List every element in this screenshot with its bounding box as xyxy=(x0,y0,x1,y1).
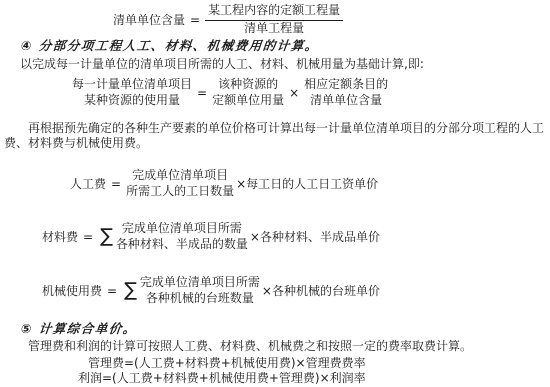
resource-usage-rhs-line2: 清单单位含量 xyxy=(304,93,388,109)
sigma-symbol: ∑ xyxy=(122,281,140,300)
formula-profit: 利润=(人工费+材料费+机械使用费+管理费)×利润率 xyxy=(78,369,366,386)
resource-usage-mid-line1: 该种资源的 xyxy=(212,77,284,93)
material-cost-lhs: 材料费 xyxy=(42,228,78,245)
machine-cost-stack: 完成单位清单项目所需 各种机械的台班数量 xyxy=(140,275,260,306)
labor-cost-tail: ×每工日的人工日工资单价 xyxy=(234,175,378,192)
machine-cost-tail: ×各种机械的台班单价 xyxy=(260,282,380,299)
para-basis: 以完成每一计量单位的清单项目所需的人工、材料、机械用量为基础计算,即: xyxy=(20,55,424,72)
labor-cost-stack-line1: 完成单位清单项目 xyxy=(126,168,234,184)
material-cost-stack: 完成单位清单项目所需 各种材料、半成品的数量 xyxy=(116,221,248,252)
formula-material-cost: 材料费 = ∑ 完成单位清单项目所需 各种材料、半成品的数量 ×各种材料、半成品… xyxy=(42,221,380,252)
formula-list-unit-content-lhs: 清单单位含量 xyxy=(113,11,185,28)
formula-list-unit-content: 清单单位含量 = 某工程内容的定额工程量 清单工程量 xyxy=(113,3,343,36)
material-cost-tail: ×各种材料、半成品单价 xyxy=(248,228,380,245)
machine-cost-lhs: 机械使用费 xyxy=(42,282,102,299)
item4-heading: ④ 分部分项工程人工、材料、机械费用的计算。 xyxy=(20,36,320,54)
machine-cost-stack-line2: 各种机械的台班数量 xyxy=(140,291,260,307)
resource-usage-lhs-line2: 某种资源的使用量 xyxy=(72,93,192,109)
resource-usage-rhs-stack: 相应定额条目的 清单单位含量 xyxy=(304,77,388,108)
equals-sign: = xyxy=(192,86,212,100)
labor-cost-lhs: 人工费 xyxy=(70,175,106,192)
equals-sign: = xyxy=(106,177,126,191)
sigma-symbol: ∑ xyxy=(98,227,116,246)
formula-machine-cost: 机械使用费 = ∑ 完成单位清单项目所需 各种机械的台班数量 ×各种机械的台班单… xyxy=(42,275,380,306)
fraction-denominator: 清单工程量 xyxy=(205,21,343,37)
resource-usage-mid-line2: 定额单位用量 xyxy=(212,93,284,109)
document-page: 清单单位含量 = 某工程内容的定额工程量 清单工程量 ④ 分部分项工程人工、材料… xyxy=(0,0,550,387)
fraction: 某工程内容的定额工程量 清单工程量 xyxy=(205,3,343,36)
machine-cost-stack-line1: 完成单位清单项目所需 xyxy=(140,275,260,291)
para-overhead: 管理费和利润的计算可按照人工费、材料费、机械费之和按照一定的费率取费计算。 xyxy=(28,337,472,354)
fraction-numerator: 某工程内容的定额工程量 xyxy=(205,3,343,21)
para-price: 再根据预先确定的各种生产要素的单位价格可计算出每一计量单位清单项目的分部分项工程… xyxy=(4,121,547,151)
resource-usage-lhs-stack: 每一计量单位清单项目 某种资源的使用量 xyxy=(72,77,192,108)
resource-usage-rhs-line1: 相应定额条目的 xyxy=(304,77,388,93)
labor-cost-stack-line2: 所需工人的工日数量 xyxy=(126,184,234,200)
equals-sign: = xyxy=(78,230,98,244)
resource-usage-lhs-line1: 每一计量单位清单项目 xyxy=(72,77,192,93)
material-cost-stack-line1: 完成单位清单项目所需 xyxy=(116,221,248,237)
multiply-sign: × xyxy=(284,86,304,100)
equals-sign: = xyxy=(185,13,205,27)
labor-cost-stack: 完成单位清单项目 所需工人的工日数量 xyxy=(126,168,234,199)
formula-labor-cost: 人工费 = 完成单位清单项目 所需工人的工日数量 ×每工日的人工日工资单价 xyxy=(70,168,378,199)
resource-usage-mid-stack: 该种资源的 定额单位用量 xyxy=(212,77,284,108)
formula-resource-usage: 每一计量单位清单项目 某种资源的使用量 = 该种资源的 定额单位用量 × 相应定… xyxy=(72,77,388,108)
equals-sign: = xyxy=(102,284,122,298)
item5-heading: ⑤ 计算综合单价。 xyxy=(20,319,138,337)
material-cost-stack-line2: 各种材料、半成品的数量 xyxy=(116,237,248,253)
